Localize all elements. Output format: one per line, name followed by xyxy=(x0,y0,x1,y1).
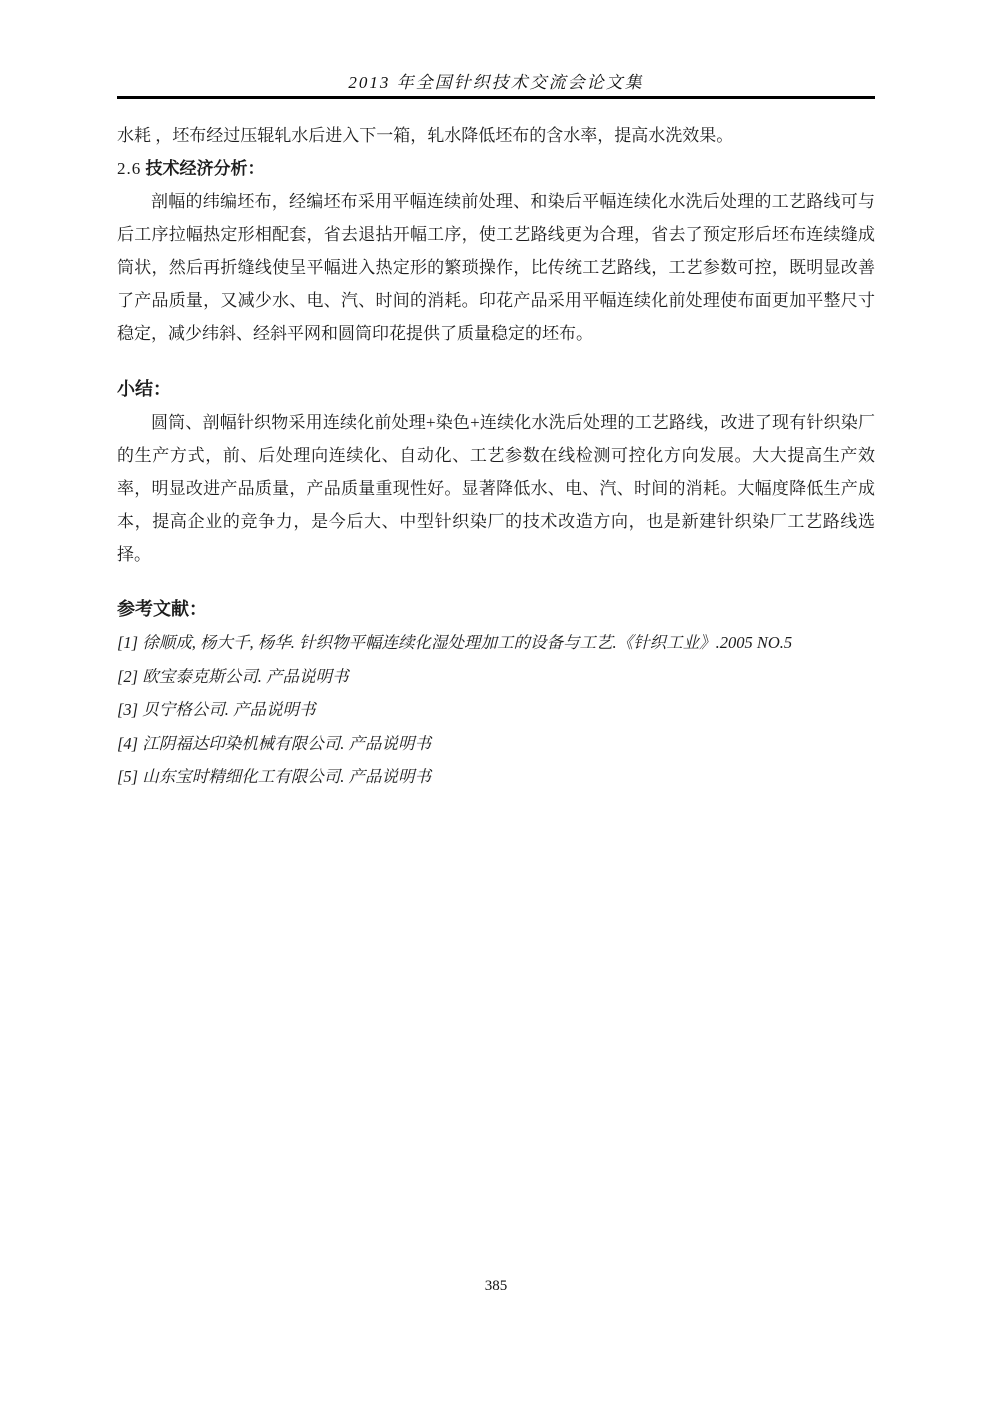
section-heading-2-6: 2.6 技术经济分析： xyxy=(117,152,875,185)
reference-item-1: [1] 徐顺成, 杨大千, 杨华. 针织物平幅连续化湿处理加工的设备与工艺.《针… xyxy=(117,626,875,660)
journal-header-title: 2013 年全国针织技术交流会论文集 xyxy=(117,68,875,93)
document-page: 2013 年全国针织技术交流会论文集 水耗 ，坯布经过压辊轧水后进入下一箱，轧水… xyxy=(0,0,992,1403)
section-title: 技术经济分析： xyxy=(146,159,265,178)
reference-item-5: [5] 山东宝时精细化工有限公司. 产品说明书 xyxy=(117,760,875,794)
document-body: 水耗 ，坯布经过压辊轧水后进入下一箱，轧水降低坯布的含水率，提高水洗效果。 2.… xyxy=(117,119,875,794)
section-number: 2.6 xyxy=(117,159,141,178)
header-rule xyxy=(117,96,875,99)
reference-item-3: [3] 贝宁格公司. 产品说明书 xyxy=(117,693,875,727)
paragraph-technical-economic-analysis: 剖幅的纬编坯布，经编坯布采用平幅连续前处理、和染后平幅连续化水洗后处理的工艺路线… xyxy=(117,185,875,350)
summary-heading: 小结： xyxy=(117,373,875,406)
reference-item-2: [2] 欧宝泰克斯公司. 产品说明书 xyxy=(117,660,875,694)
page-number: 385 xyxy=(0,1278,992,1295)
reference-item-4: [4] 江阴福达印染机械有限公司. 产品说明书 xyxy=(117,727,875,761)
paragraph-continuation: 水耗 ，坯布经过压辊轧水后进入下一箱，轧水降低坯布的含水率，提高水洗效果。 xyxy=(117,119,875,152)
references-heading: 参考文献： xyxy=(117,593,875,626)
paragraph-summary: 圆筒、剖幅针织物采用连续化前处理+染色+连续化水洗后处理的工艺路线，改进了现有针… xyxy=(117,406,875,571)
